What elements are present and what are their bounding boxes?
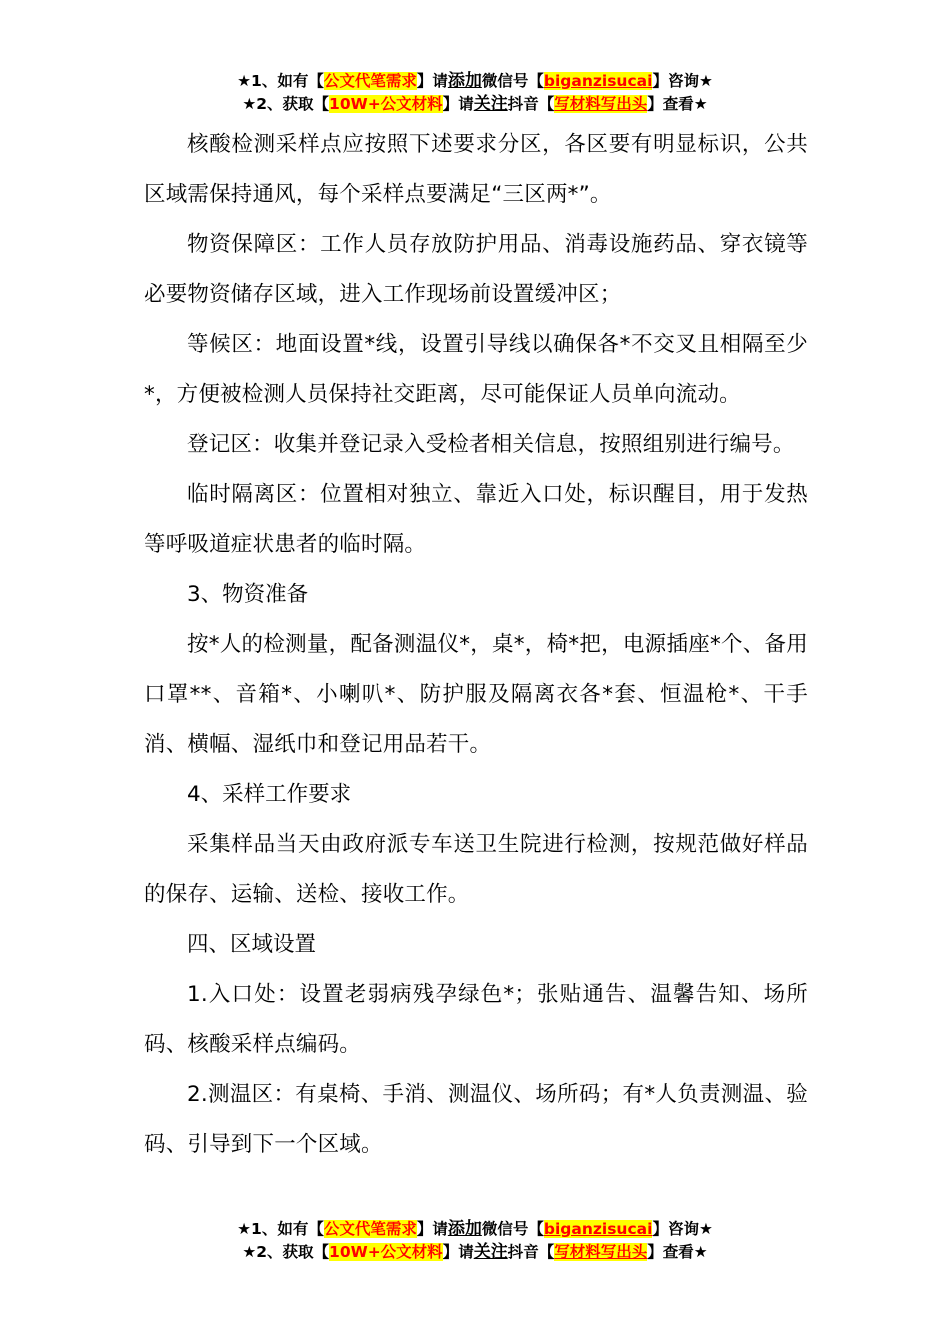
banner-text: ★2、获取【 [242,95,329,113]
banner-text: ★1、如有【 [237,72,324,90]
underlined-follow: 关注 [474,94,508,114]
banner-text: 微信号【 [482,72,544,90]
banner-text: 】查看★ [647,1243,707,1261]
banner-text: 】请 [443,95,474,113]
paragraph-intro: 核酸检测采样点应按照下述要求分区，各区要有明显标识，公共区域需保持通风，每个采样… [144,120,808,220]
banner-line-1: ★1、如有【公文代笔需求】请添加微信号【biganzisucai】咨询★ [0,70,950,93]
document-page: ★1、如有【公文代笔需求】请添加微信号【biganzisucai】咨询★ ★2、… [0,0,950,1344]
underlined-follow: 关注 [474,1242,508,1262]
underlined-add: 添加 [448,71,482,91]
paragraph-temperature-zone: 2.测温区：有桌椅、手消、测温仪、场所码；有*人负责测温、验码、引导到下一个区域… [144,1070,808,1170]
highlight-service: 公文代笔需求 [324,72,417,90]
highlight-douyin-account: 写材料写出头 [554,95,647,113]
banner-text: 】请 [417,72,448,90]
paragraph-supply-zone: 物资保障区：工作人员存放防护用品、消毒设施药品、穿衣镜等必要物资储存区域，进入工… [144,220,808,320]
banner-text: 】咨询★ [652,1220,712,1238]
paragraph-material-list: 按*人的检测量，配备测温仪*，桌*，椅*把，电源插座*个、备用口罩**、音箱*、… [144,620,808,770]
heading-area-setup: 四、区域设置 [144,920,808,970]
heading-sampling-requirements: 4、采样工作要求 [144,770,808,820]
banner-line-2: ★2、获取【10W+公文材料】请关注抖音【写材料写出头】查看★ [0,1241,950,1264]
footer-banner: ★1、如有【公文代笔需求】请添加微信号【biganzisucai】咨询★ ★2、… [0,1218,950,1264]
paragraph-isolation-zone: 临时隔离区：位置相对独立、靠近入口处，标识醒目，用于发热等呼吸道症状患者的临时隔… [144,470,808,570]
banner-text: 】请 [443,1243,474,1261]
highlight-wechat-id: biganzisucai [544,1220,653,1238]
banner-text: 抖音【 [508,95,555,113]
banner-text: ★1、如有【 [237,1220,324,1238]
document-body: 核酸检测采样点应按照下述要求分区，各区要有明显标识，公共区域需保持通风，每个采样… [144,120,808,1170]
highlight-service: 公文代笔需求 [324,1220,417,1238]
highlight-materials: 10W+公文材料 [329,1243,443,1261]
banner-text: 微信号【 [482,1220,544,1238]
banner-text: 】请 [417,1220,448,1238]
highlight-wechat-id: biganzisucai [544,72,653,90]
banner-text: ★2、获取【 [242,1243,329,1261]
header-banner: ★1、如有【公文代笔需求】请添加微信号【biganzisucai】咨询★ ★2、… [0,70,950,116]
highlight-douyin-account: 写材料写出头 [554,1243,647,1261]
paragraph-waiting-zone: 等候区：地面设置*线，设置引导线以确保各*不交叉且相隔至少*，方便被检测人员保持… [144,320,808,420]
paragraph-sample-transport: 采集样品当天由政府派专车送卫生院进行检测，按规范做好样品的保存、运输、送检、接收… [144,820,808,920]
banner-line-2: ★2、获取【10W+公文材料】请关注抖音【写材料写出头】查看★ [0,93,950,116]
banner-text: 抖音【 [508,1243,555,1261]
paragraph-entrance: 1.入口处：设置老弱病残孕绿色*；张贴通告、温馨告知、场所码、核酸采样点编码。 [144,970,808,1070]
banner-line-1: ★1、如有【公文代笔需求】请添加微信号【biganzisucai】咨询★ [0,1218,950,1241]
banner-text: 】查看★ [647,95,707,113]
heading-material-prep: 3、物资准备 [144,570,808,620]
paragraph-registration-zone: 登记区：收集并登记录入受检者相关信息，按照组别进行编号。 [144,420,808,470]
underlined-add: 添加 [448,1219,482,1239]
highlight-materials: 10W+公文材料 [329,95,443,113]
banner-text: 】咨询★ [652,72,712,90]
